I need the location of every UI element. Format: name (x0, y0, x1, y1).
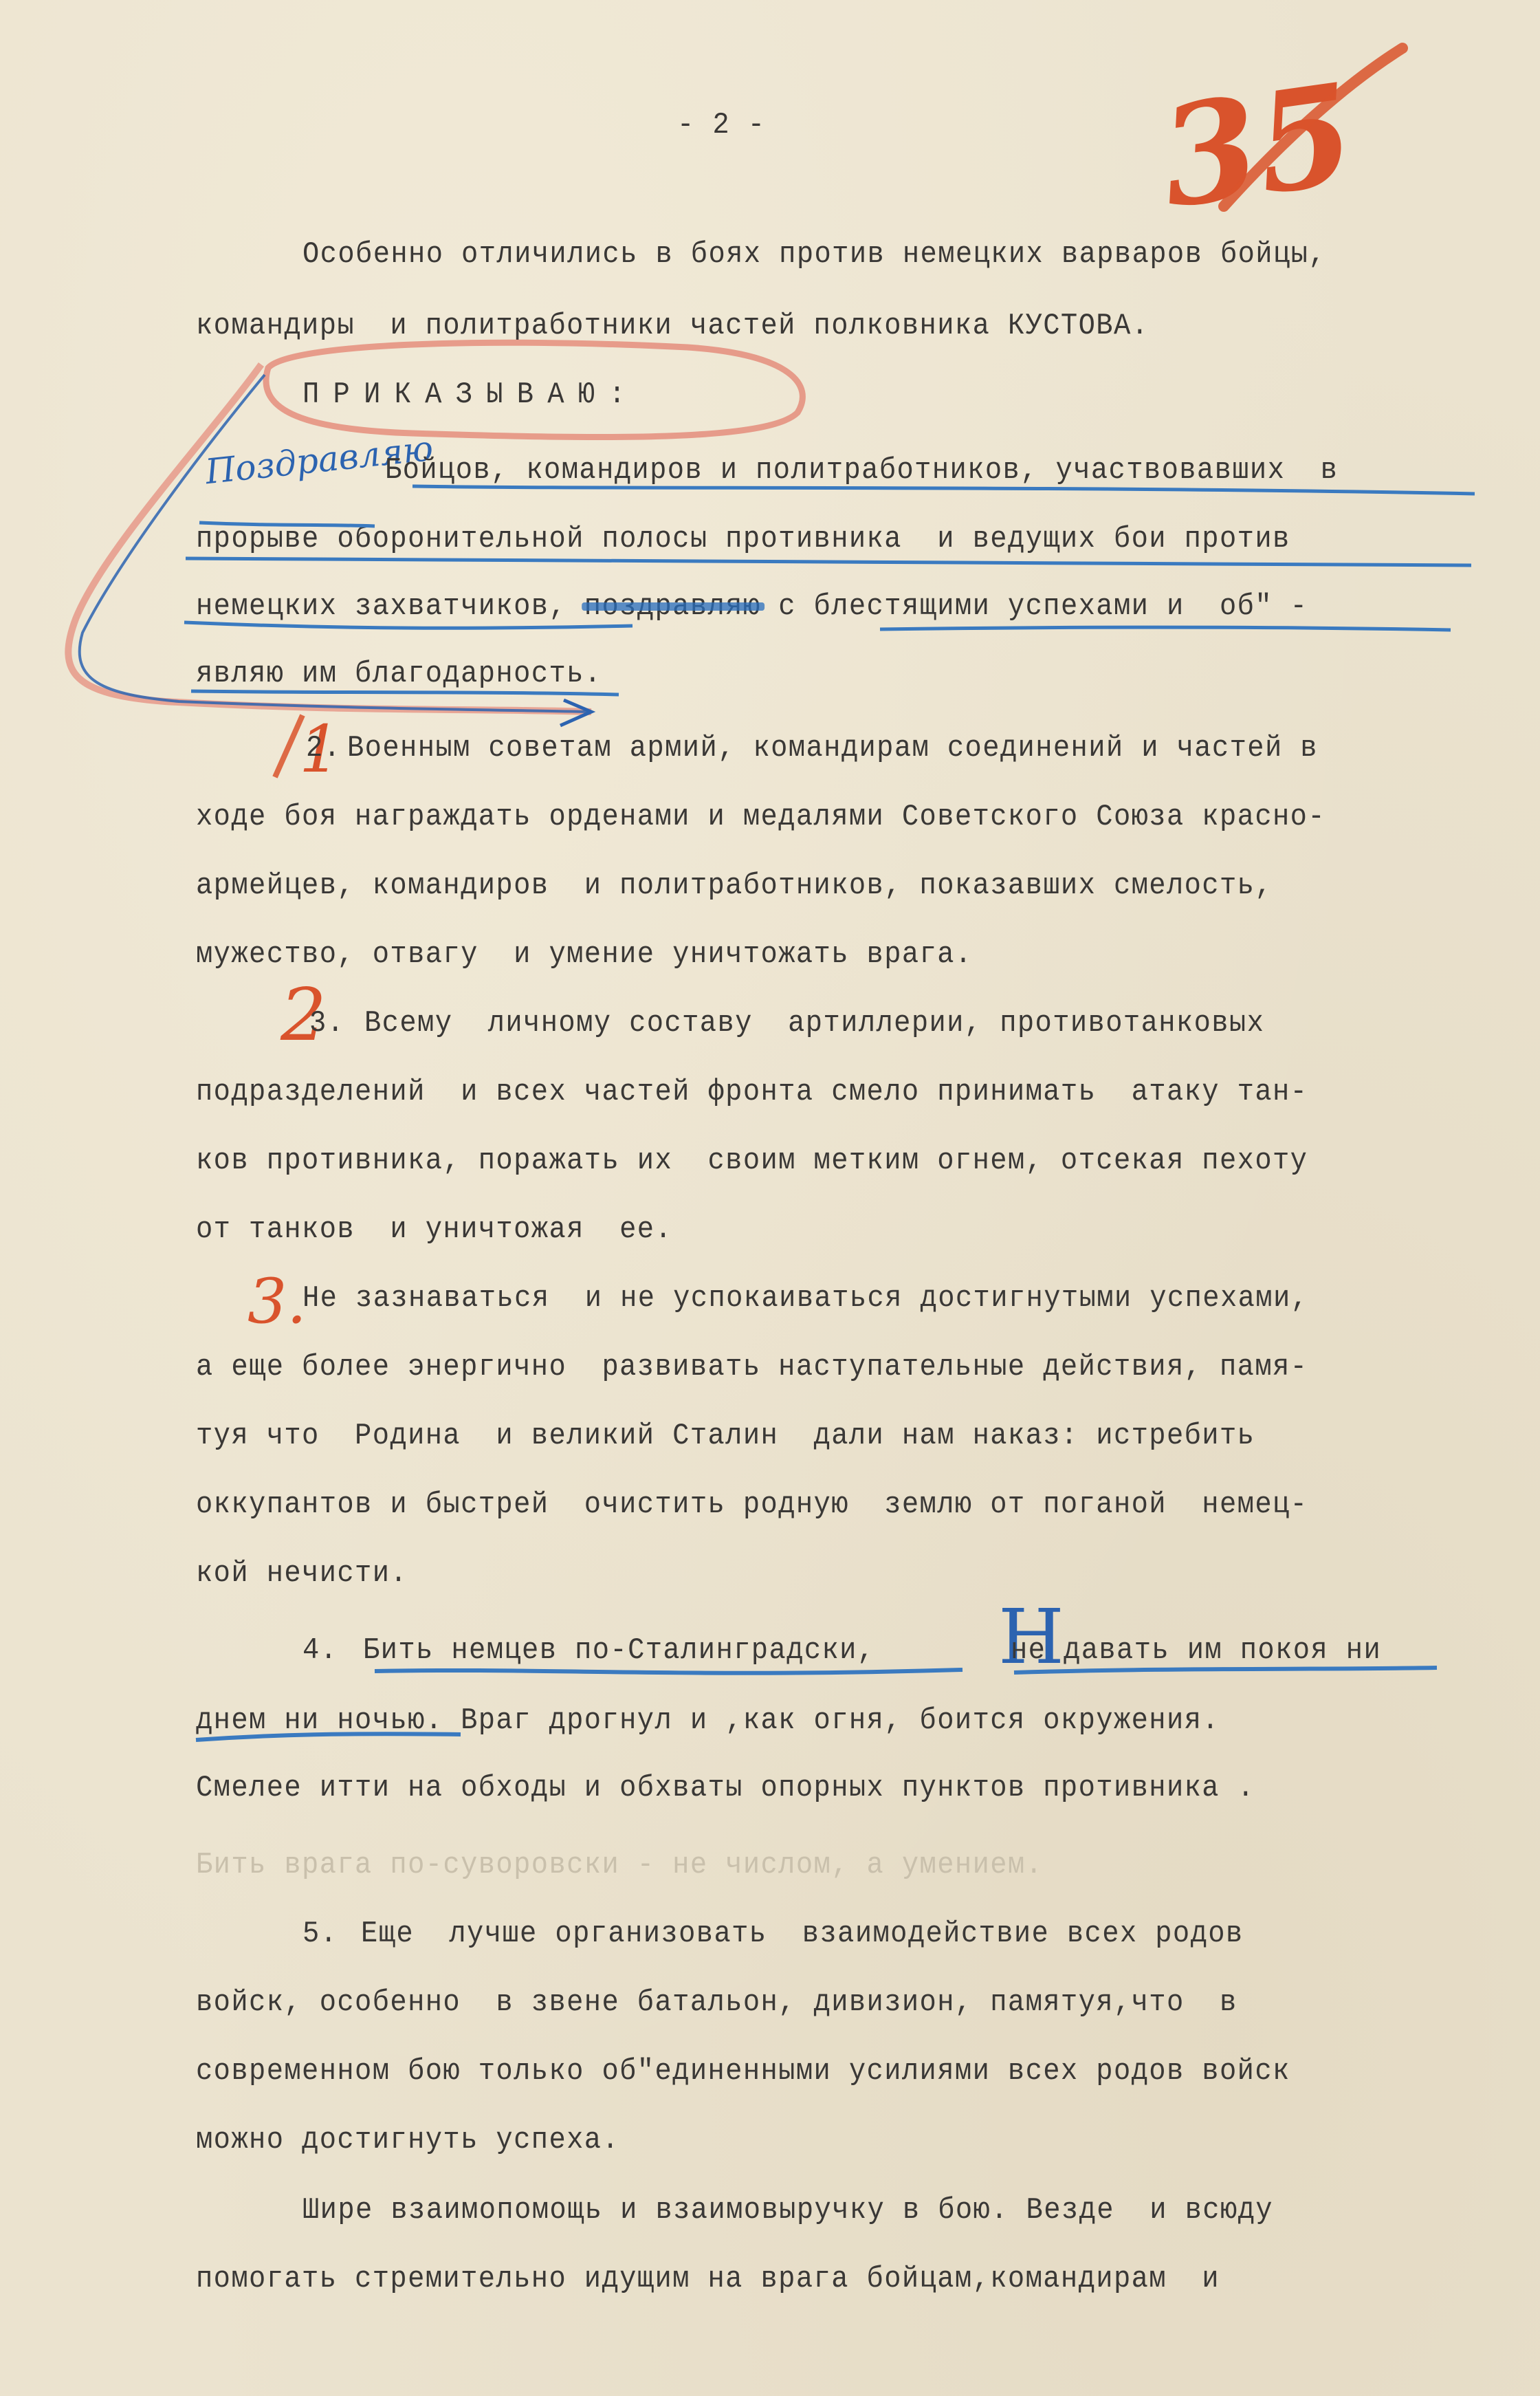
underline-icon (1014, 1668, 1437, 1673)
intro-line-1: Особенно отличились в боях против немецк… (302, 239, 1326, 270)
item4-line-3: Смелее итти на обходы и обхваты опорных … (196, 1773, 1255, 1803)
item3b-line-5: кой нечисти. (196, 1558, 408, 1589)
item1-line-3: немецких захватчиков, поздравляю с блест… (196, 591, 1308, 622)
item1-line-3-b: с блестящими успехами и об" - (761, 589, 1308, 624)
item2-number: 2. (306, 733, 341, 763)
item4-line-2: днем ни ночью. Враг дрогнул и ,как огня,… (196, 1706, 1220, 1736)
item3-line-1: Всему личному составу артиллерии, против… (364, 1008, 1264, 1038)
item2-line-3: армейцев, командиров и политработников, … (196, 871, 1273, 901)
pencil-annotations (0, 0, 1540, 2396)
item5-line-2: войск, особенно в звене батальон, дивизи… (196, 1987, 1237, 2018)
item1-line-1: Бойцов, командиров и политработников, уч… (385, 455, 1338, 486)
item4-faint-line: Бить врага по-суворовски - не числом, а … (196, 1850, 1043, 1880)
item4-line-2-a: днем ни ночью (196, 1703, 426, 1738)
item2-line-4: мужество, отвагу и умение уничтожать вра… (196, 939, 973, 970)
item3b-line-3: туя что Родина и великий Сталин дали нам… (196, 1421, 1255, 1451)
item1-line-2: прорыве оборонительной полосы противника… (196, 524, 1290, 554)
item5-line-1: Еще лучше организовать взаимодействие вс… (361, 1919, 1244, 1949)
item1-line-4: являю им благодарность. (196, 659, 602, 689)
item3-line-4: от танков и уничтожая ее. (196, 1215, 672, 1245)
item5-line-3: современном бою только об"единенными уси… (196, 2056, 1290, 2087)
red-renumber-3: 3. (247, 1265, 307, 1338)
red-strike-icon (275, 715, 302, 777)
struck-word: поздравляю (584, 589, 761, 624)
item2-line-2: ходе боя награждать орденами и медалями … (196, 802, 1325, 832)
item3-line-2: подразделений и всех частей фронта смело… (196, 1077, 1308, 1107)
page-number: - 2 - (677, 110, 765, 140)
final-line-1: Шире взаимопомощь и взаимовыручку в бою.… (302, 2195, 1273, 2225)
item3b-line-4: оккупантов и быстрей очистить родную зем… (196, 1490, 1308, 1520)
folio-number: 35 (1152, 53, 1363, 239)
item4-line-1-b: не давать им покоя ни (1011, 1635, 1381, 1666)
intro-line-2: командиры и политработники частей полков… (196, 311, 1149, 341)
underline-icon (186, 558, 1471, 565)
document-page: - 2 - 35 Особенно отличились в боях прот… (0, 0, 1540, 2396)
order-heading: ПРИКАЗЫВАЮ: (302, 380, 639, 410)
item3b-line-2: а еще более энергично развивать наступат… (196, 1352, 1308, 1382)
underline-icon (880, 627, 1451, 630)
final-line-2: помогать стремительно идущим на врага бо… (196, 2264, 1220, 2294)
item5-number: 5. (302, 1919, 338, 1949)
underline-icon (375, 1670, 962, 1673)
item4-line-2-b: . Враг дрогнул и ,как огня, боится окруж… (426, 1703, 1220, 1738)
item3b-line-1: Не зазнаваться и не успокаиваться достиг… (302, 1283, 1308, 1314)
underline-icon (191, 691, 619, 695)
arrow-right-icon (560, 700, 591, 726)
item1-line-3-a: немецких захватчиков, (196, 589, 584, 624)
item4-number: 4. (302, 1635, 338, 1666)
item3-number: 3. (309, 1008, 344, 1038)
item4-line-1-a: Бить немцев по-Сталинградски, (363, 1635, 874, 1666)
item5-line-4: можно достигнуть успеха. (196, 2125, 619, 2155)
item3-line-3: ков противника, поражать их своим метким… (196, 1146, 1308, 1176)
item2-line-1: Военным советам армий, командирам соедин… (347, 733, 1318, 763)
